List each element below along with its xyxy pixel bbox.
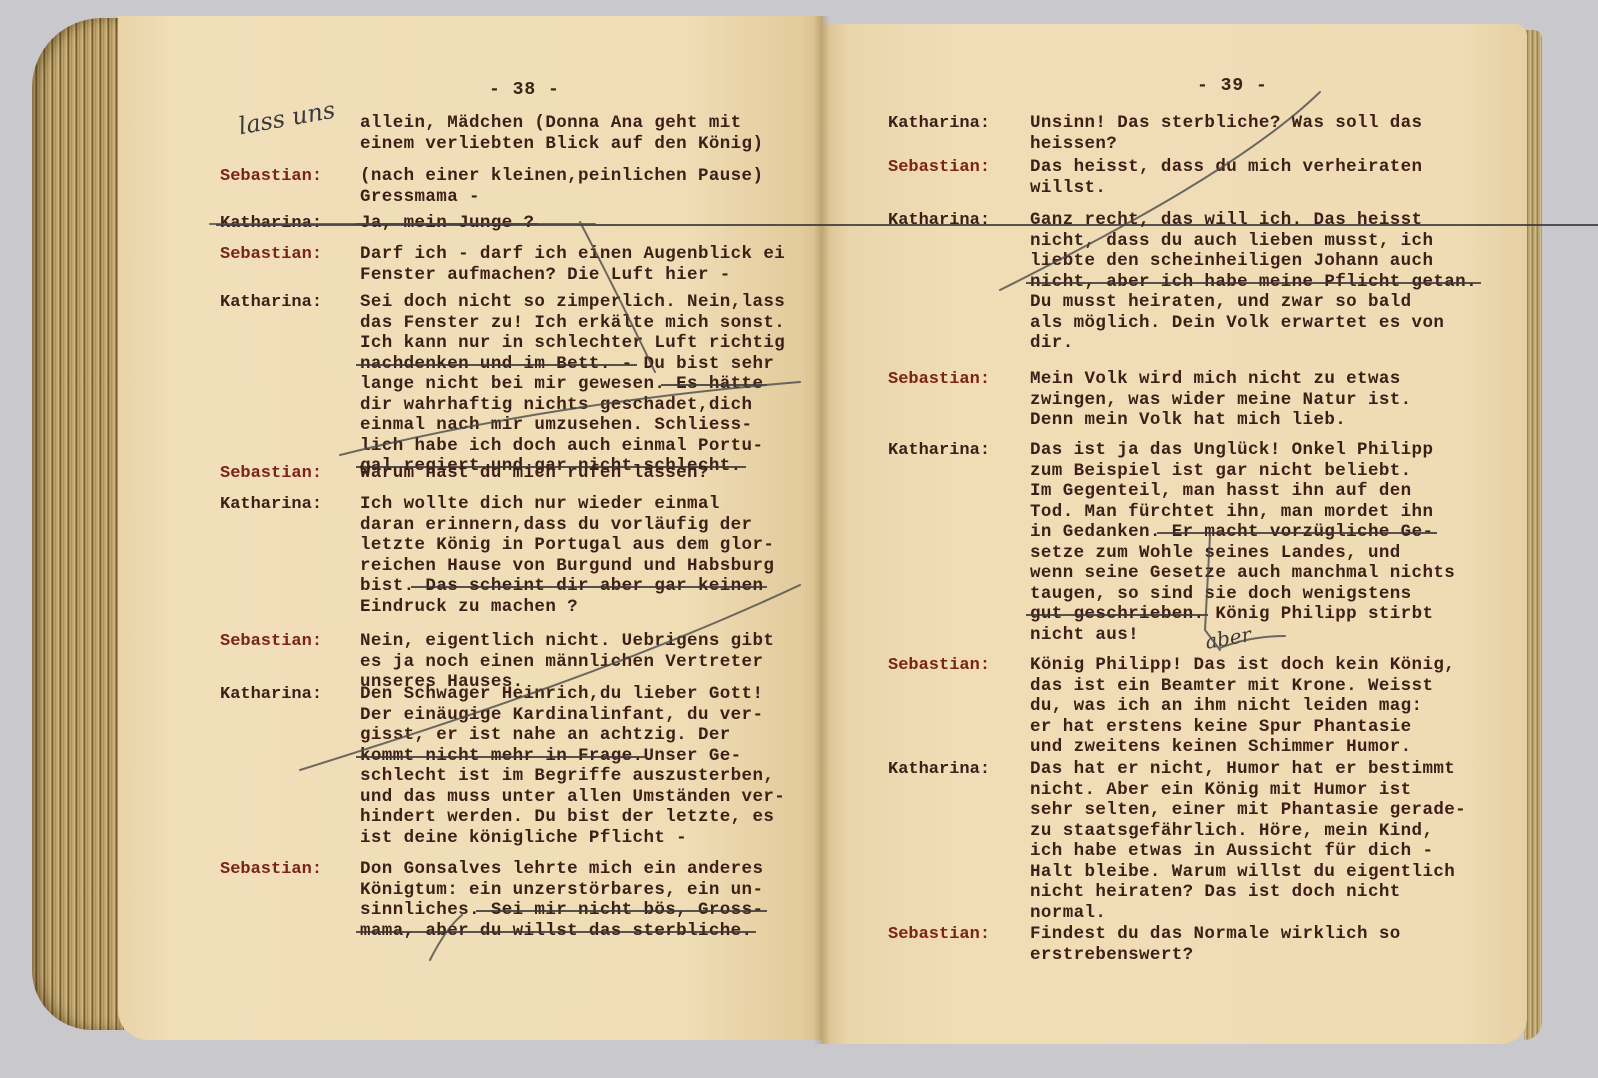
dialogue-line: einem verliebten Blick auf den König) [360, 135, 763, 154]
speaker-label: Katharina: [220, 495, 322, 514]
page-number-left: - 38 - [489, 80, 560, 100]
open-book: - 38 - - 39 - lass uns aber allein, Mädc… [0, 0, 1598, 1078]
dialogue-line: Mein Volk wird mich nicht zu etwas [1030, 370, 1401, 389]
line-text: zwingen, was wider meine Natur ist. [1030, 390, 1412, 410]
line-text-struck: Das scheint dir aber gar keinen [415, 576, 764, 596]
dialogue-line: Findest du das Normale wirklich so [1030, 925, 1401, 944]
dialogue-line: einmal nach mir umzusehen. Schliess- [360, 416, 752, 435]
dialogue-line: Eindruck zu machen ? [360, 598, 578, 617]
speaker-label: Katharina: [888, 760, 990, 779]
dialogue-line: Darf ich - darf ich einen Augenblick ei [360, 245, 785, 264]
speaker-label: Sebastian: [888, 158, 990, 177]
dialogue-line: es ja noch einen männlichen Vertreter [360, 653, 763, 672]
dialogue-line: nicht, dass du auch lieben musst, ich [1030, 232, 1433, 251]
dialogue-line: König Philipp! Das ist doch kein König, [1030, 656, 1455, 675]
dialogue-line: Unsinn! Das sterbliche? Was soll das [1030, 114, 1422, 133]
book-gutter [814, 16, 830, 1044]
dialogue-line: ich habe etwas in Aussicht für dich - [1030, 842, 1433, 861]
page-edges-left [32, 18, 124, 1030]
line-text: nachdenken und im Bett. - [360, 354, 633, 374]
dialogue-line: nicht, aber ich habe meine Pflicht getan… [1030, 273, 1477, 292]
dialogue-line: zwingen, was wider meine Natur ist. [1030, 391, 1412, 410]
line-text: hindert werden. Du bist der letzte, es [360, 807, 774, 827]
dialogue-line: in Gedanken. Er macht vorzügliche Ge- [1030, 523, 1433, 542]
dialogue-line: gut geschrieben. König Philipp stirbt [1030, 605, 1433, 624]
dialogue-line: Tod. Man fürchtet ihn, man mordet ihn [1030, 503, 1433, 522]
line-text: Du musst heiraten, und zwar so bald [1030, 292, 1412, 312]
line-text: König Philipp! Das ist doch kein König, [1030, 655, 1455, 675]
line-text: Nein, eigentlich nicht. Uebrigens gibt [360, 631, 774, 651]
line-text-rest: Unser Ge- [643, 746, 741, 766]
line-text: mama, aber du willst das sterbliche. [360, 921, 752, 941]
line-text: Darf ich - darf ich einen Augenblick ei [360, 244, 785, 264]
dialogue-line: bist. Das scheint dir aber gar keinen [360, 577, 763, 596]
dialogue-line: schlecht ist im Begriffe auszusterben, [360, 767, 774, 786]
line-text: ist deine königliche Pflicht - [360, 828, 687, 848]
line-text: zu staatsgefährlich. Höre, mein Kind, [1030, 821, 1433, 841]
line-text: zum Beispiel ist gar nicht beliebt. [1030, 461, 1412, 481]
dialogue-line: sinnliches. Sei mir nicht bös, Gross- [360, 901, 763, 920]
dialogue-line: dir. [1030, 334, 1074, 353]
line-text: Im Gegenteil, man hasst ihn auf den [1030, 481, 1412, 501]
dialogue-line: Warum hast du mich rufen lassen? [360, 464, 709, 483]
line-text: und das muss unter allen Umständen ver- [360, 787, 785, 807]
line-text: ich habe etwas in Aussicht für dich - [1030, 841, 1433, 861]
line-text: gut geschrieben. [1030, 604, 1204, 624]
line-text: Unsinn! Das sterbliche? Was soll das [1030, 113, 1422, 133]
speaker-label: Sebastian: [220, 632, 322, 651]
speaker-label: Sebastian: [220, 245, 322, 264]
line-text: Ich kann nur in schlechter Luft richtig [360, 333, 785, 353]
dialogue-line: Das hat er nicht, Humor hat er bestimmt [1030, 760, 1455, 779]
line-text: nicht aus! [1030, 625, 1139, 645]
line-text: Denn mein Volk hat mich lieb. [1030, 410, 1346, 430]
line-text: als möglich. Dein Volk erwartet es von [1030, 313, 1444, 333]
line-text: du, was ich an ihm nicht leiden mag: [1030, 696, 1422, 716]
dialogue-line: er hat erstens keine Spur Phantasie [1030, 718, 1412, 737]
dialogue-line: zum Beispiel ist gar nicht beliebt. [1030, 462, 1412, 481]
dialogue-line: Ich kann nur in schlechter Luft richtig [360, 334, 785, 353]
line-text: Das ist ja das Unglück! Onkel Philipp [1030, 440, 1433, 460]
line-text: nicht. Aber ein König mit Humor ist [1030, 780, 1412, 800]
line-text: kommt nicht mehr in Frage. [360, 746, 643, 766]
line-text: gisst, er ist nahe an achtzig. Der [360, 725, 731, 745]
dialogue-line: nicht. Aber ein König mit Humor ist [1030, 781, 1412, 800]
line-text: Warum hast du mich rufen lassen? [360, 463, 709, 483]
line-text: taugen, so sind sie doch wenigstens [1030, 584, 1412, 604]
dialogue-line: gisst, er ist nahe an achtzig. Der [360, 726, 731, 745]
line-text: Mein Volk wird mich nicht zu etwas [1030, 369, 1401, 389]
dialogue-line: taugen, so sind sie doch wenigstens [1030, 585, 1412, 604]
speaker-label: Sebastian: [220, 464, 322, 483]
line-text: Ja, mein Junge ? [360, 213, 534, 233]
line-text: sehr selten, einer mit Phantasie gerade- [1030, 800, 1466, 820]
dialogue-line: Ganz recht, das will ich. Das heisst [1030, 211, 1422, 230]
line-text: Halt bleibe. Warum willst du eigentlich [1030, 862, 1455, 882]
dialogue-line: Nein, eigentlich nicht. Uebrigens gibt [360, 632, 774, 651]
line-text: Den Schwager Heinrich,du lieber Gott! [360, 684, 763, 704]
dialogue-line: lange nicht bei mir gewesen. Es hätte [360, 375, 763, 394]
line-text: willst. [1030, 178, 1106, 198]
dialogue-line: Das heisst, dass du mich verheiraten [1030, 158, 1422, 177]
line-text: Don Gonsalves lehrte mich ein anderes [360, 859, 763, 879]
line-text: er hat erstens keine Spur Phantasie [1030, 717, 1412, 737]
line-text: Königtum: ein unzerstörbares, ein un- [360, 880, 763, 900]
dialogue-line: nachdenken und im Bett. - Du bist sehr [360, 355, 774, 374]
dialogue-line: zu staatsgefährlich. Höre, mein Kind, [1030, 822, 1433, 841]
dialogue-line: willst. [1030, 179, 1106, 198]
dialogue-line: Denn mein Volk hat mich lieb. [1030, 411, 1346, 430]
dialogue-line: Im Gegenteil, man hasst ihn auf den [1030, 482, 1412, 501]
speaker-label: Sebastian: [888, 370, 990, 389]
dialogue-line: Den Schwager Heinrich,du lieber Gott! [360, 685, 763, 704]
speaker-label: Sebastian: [220, 860, 322, 879]
dialogue-line: reichen Hause von Burgund und Habsburg [360, 557, 774, 576]
dialogue-line: letzte König in Portugal aus dem glor- [360, 536, 774, 555]
line-text: daran erinnern,dass du vorläufig der [360, 515, 752, 535]
speaker-label: Katharina: [220, 293, 322, 312]
dialogue-line: Das ist ja das Unglück! Onkel Philipp [1030, 441, 1433, 460]
line-text-struck: Sei mir nicht bös, Gross- [480, 900, 763, 920]
line-text: Ich wollte dich nur wieder einmal [360, 494, 720, 514]
dialogue-line: nicht aus! [1030, 626, 1139, 645]
line-text: Das heisst, dass du mich verheiraten [1030, 157, 1422, 177]
line-text: nicht, aber ich habe meine Pflicht getan… [1030, 272, 1477, 292]
line-text: Findest du das Normale wirklich so [1030, 924, 1401, 944]
line-text-rest: Du bist sehr [633, 354, 775, 374]
dialogue-line: liebte den scheinheiligen Johann auch [1030, 252, 1433, 271]
dialogue-line: lich habe ich doch auch einmal Portu- [360, 437, 763, 456]
speaker-label: Sebastian: [888, 656, 990, 675]
line-text-struck: Es hätte [665, 374, 763, 394]
line-text: Tod. Man fürchtet ihn, man mordet ihn [1030, 502, 1433, 522]
line-text: heissen? [1030, 134, 1117, 154]
line-text: letzte König in Portugal aus dem glor- [360, 535, 774, 555]
line-text: normal. [1030, 903, 1106, 923]
dialogue-line: du, was ich an ihm nicht leiden mag: [1030, 697, 1422, 716]
line-text: Gressmama - [360, 187, 480, 207]
line-text: nicht, dass du auch lieben musst, ich [1030, 231, 1433, 251]
speaker-label: Sebastian: [220, 167, 322, 186]
dialogue-line: und zweitens keinen Schimmer Humor. [1030, 738, 1412, 757]
dialogue-line: setze zum Wohle seines Landes, und [1030, 544, 1401, 563]
speaker-label: Katharina: [888, 441, 990, 460]
dialogue-line: Sei doch nicht so zimperlich. Nein,lass [360, 293, 785, 312]
line-text: einem verliebten Blick auf den König) [360, 134, 763, 154]
dialogue-line: als möglich. Dein Volk erwartet es von [1030, 314, 1444, 333]
dialogue-line: hindert werden. Du bist der letzte, es [360, 808, 774, 827]
line-text: Der einäugige Kardinalinfant, du ver- [360, 705, 763, 725]
page-number-right: - 39 - [1197, 76, 1268, 96]
dialogue-line: ist deine königliche Pflicht - [360, 829, 687, 848]
dialogue-line: allein, Mädchen (Donna Ana geht mit [360, 114, 742, 133]
line-text: schlecht ist im Begriffe auszusterben, [360, 766, 774, 786]
speaker-label: Katharina: [220, 685, 322, 704]
line-text: es ja noch einen männlichen Vertreter [360, 652, 763, 672]
dialogue-line: normal. [1030, 904, 1106, 923]
line-text: Fenster aufmachen? Die Luft hier - [360, 265, 731, 285]
line-text: in Gedanken. [1030, 522, 1161, 542]
speaker-label: Sebastian: [888, 925, 990, 944]
line-text: einmal nach mir umzusehen. Schliess- [360, 415, 752, 435]
line-text: lange nicht bei mir gewesen. [360, 374, 665, 394]
line-text: bist. [360, 576, 415, 596]
line-text: Ganz recht, das will ich. Das heisst [1030, 210, 1422, 230]
line-text: reichen Hause von Burgund und Habsburg [360, 556, 774, 576]
speaker-label: Katharina: [888, 114, 990, 133]
line-text: Das hat er nicht, Humor hat er bestimmt [1030, 759, 1455, 779]
line-text: sinnliches. [360, 900, 480, 920]
speaker-label: Katharina: [888, 211, 990, 230]
dialogue-line: Halt bleibe. Warum willst du eigentlich [1030, 863, 1455, 882]
dialogue-line: Königtum: ein unzerstörbares, ein un- [360, 881, 763, 900]
line-text: und zweitens keinen Schimmer Humor. [1030, 737, 1412, 757]
line-text: dir wahrhaftig nichts geschadet,dich [360, 395, 752, 415]
dialogue-line: erstrebenswert? [1030, 946, 1194, 965]
dialogue-line: Gressmama - [360, 188, 480, 207]
dialogue-line: kommt nicht mehr in Frage.Unser Ge- [360, 747, 742, 766]
dialogue-line: (nach einer kleinen,peinlichen Pause) [360, 167, 763, 186]
line-text: Sei doch nicht so zimperlich. Nein,lass [360, 292, 785, 312]
dialogue-line: daran erinnern,dass du vorläufig der [360, 516, 752, 535]
line-text-struck: Er macht vorzügliche Ge- [1161, 522, 1434, 542]
dialogue-line: das ist ein Beamter mit Krone. Weisst [1030, 677, 1433, 696]
dialogue-line: Ja, mein Junge ? [360, 214, 534, 233]
dialogue-line: dir wahrhaftig nichts geschadet,dich [360, 396, 752, 415]
dialogue-line: wenn seine Gesetze auch manchmal nichts [1030, 564, 1455, 583]
dialogue-line: heissen? [1030, 135, 1117, 154]
line-text: das Fenster zu! Ich erkälte mich sonst. [360, 313, 785, 333]
line-text: allein, Mädchen (Donna Ana geht mit [360, 113, 742, 133]
line-text: lich habe ich doch auch einmal Portu- [360, 436, 763, 456]
line-text-rest: König Philipp stirbt [1204, 604, 1433, 624]
dialogue-line: Don Gonsalves lehrte mich ein anderes [360, 860, 763, 879]
dialogue-line: Fenster aufmachen? Die Luft hier - [360, 266, 731, 285]
dialogue-line: sehr selten, einer mit Phantasie gerade- [1030, 801, 1466, 820]
dialogue-line: Ich wollte dich nur wieder einmal [360, 495, 720, 514]
dialogue-line: mama, aber du willst das sterbliche. [360, 922, 752, 941]
line-text: erstrebenswert? [1030, 945, 1194, 965]
dialogue-line: und das muss unter allen Umständen ver- [360, 788, 785, 807]
dialogue-line: nicht heiraten? Das ist doch nicht [1030, 883, 1401, 902]
line-text: das ist ein Beamter mit Krone. Weisst [1030, 676, 1433, 696]
line-text: dir. [1030, 333, 1074, 353]
line-text: nicht heiraten? Das ist doch nicht [1030, 882, 1401, 902]
line-text: Eindruck zu machen ? [360, 597, 578, 617]
dialogue-line: Du musst heiraten, und zwar so bald [1030, 293, 1412, 312]
line-text: (nach einer kleinen,peinlichen Pause) [360, 166, 763, 186]
line-text: setze zum Wohle seines Landes, und [1030, 543, 1401, 563]
line-text: liebte den scheinheiligen Johann auch [1030, 251, 1433, 271]
line-text: wenn seine Gesetze auch manchmal nichts [1030, 563, 1455, 583]
dialogue-line: das Fenster zu! Ich erkälte mich sonst. [360, 314, 785, 333]
dialogue-line: Der einäugige Kardinalinfant, du ver- [360, 706, 763, 725]
